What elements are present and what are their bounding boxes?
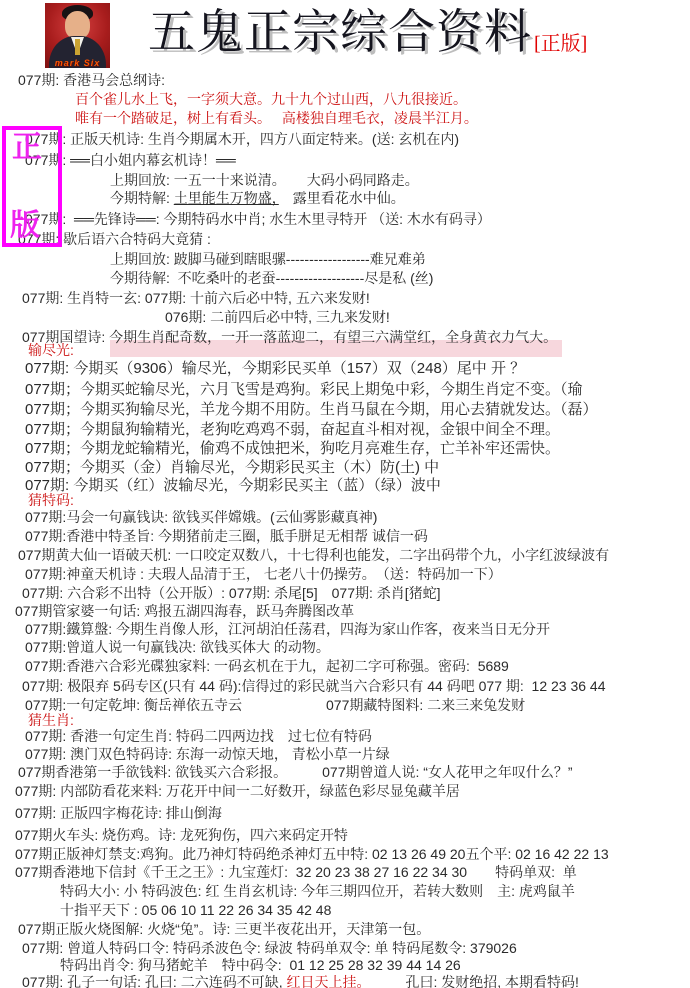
text-line: 上期回放: 一五一十来说清。 大码小码同路走。	[110, 172, 419, 189]
text-segment: 077期: 香港马会总纲诗:	[18, 72, 165, 88]
content-lines: 077期: 香港马会总纲诗:百个雀儿水上飞，一字须大意。九十九个过山西，八九很接…	[0, 0, 690, 988]
text-segment: 今期特解:	[110, 190, 174, 206]
text-segment: 077期火车头: 烧伤鸡。诗: 龙死狗伤，四六来码定开特	[15, 827, 348, 843]
text-segment: 077期:曾道人说一句赢钱决: 欲钱买体大 的动物。	[25, 639, 330, 655]
text-line: 输尽光:	[28, 342, 74, 359]
text-segment: 077期: 今期买（红）波输尽光，今期彩民买主（蓝）（绿）波中	[25, 477, 441, 494]
text-segment: 077期: 正版天机诗: 生肖今期属木开，四方八面定特来。(送: 玄机在内)	[25, 131, 459, 147]
text-line: 077期: ══先锋诗══: 今期特码水中肖; 水生木里寻特开 （送: 木水有码…	[25, 211, 491, 228]
page: { "header": { "title": "五鬼正宗综合资料", "titl…	[0, 0, 690, 988]
text-line: 唯有一个踏破足，树上有看头。 高楼独自理毛衣，凌晨半江月。	[75, 110, 478, 127]
text-line: 077期:香港六合彩光碟独家料: 一码玄机在于九，起初二字可称强。密码: 568…	[25, 658, 509, 675]
text-segment: 输尽光:	[28, 342, 74, 358]
text-line: 077期: 内部防看花来料: 万花开中间一二好数开，绿蓝色彩尽显兔藏羊居	[15, 783, 460, 800]
text-segment: 孔曰: 发财绝招, 本期看特码!	[363, 974, 578, 988]
text-line: 077期正版神灯禁支:鸡狗。此乃神灯特码绝杀神灯五中特: 02 13 26 49…	[15, 846, 609, 863]
text-line: 077期: 香港马会总纲诗:	[18, 72, 165, 89]
text-line: 077期: 香港一句定生肖: 特码二四两边找 过七位有特码	[25, 728, 372, 745]
text-line: 077期: 今期买（红）波输尽光，今期彩民买主（蓝）（绿）波中	[25, 477, 441, 495]
text-segment: 上期回放: 跛脚马碰到瞎眼骡------------------难兄难弟	[110, 251, 426, 267]
text-line: 077期；今期龙蛇输精光，偷鸡不成蚀把米，狗吃月亮难生存，亡羊补牢还需快。	[25, 440, 560, 458]
text-segment: 077期: 今期买（9306）输尽光，今期彩民买单（157）双（248）尾中 开…	[25, 360, 525, 377]
text-line: 077期正版火烧图解: 火烧“兔”。诗: 三更半夜花出开，天津第一包。	[18, 921, 430, 938]
text-segment: 特码大小: 小 特码波色: 红 生肖玄机诗: 今年三期四位开，若转大数则 主: …	[60, 883, 575, 899]
text-segment: 077期国望诗: 今期生肖配奇数，一开一落蓝迎二，有望三六满堂红，全身黄衣力气大…	[22, 329, 557, 345]
text-line: 077期: 今期买（9306）输尽光，今期彩民买单（157）双（248）尾中 开…	[25, 360, 525, 378]
text-line: 077期: 正版天机诗: 生肖今期属木开，四方八面定特来。(送: 玄机在内)	[25, 131, 459, 148]
text-segment: 076期: 二前四后必中特, 三九来发财!	[165, 309, 390, 325]
text-segment: 077期；今期买（金）肖输尽光，今期彩民买主（木）防(土) 中	[25, 459, 439, 476]
text-segment: 077期:香港六合彩光碟独家料: 一码玄机在于九，起初二字可称强。密码: 568…	[25, 658, 509, 674]
text-segment: 077期:一句定乾坤: 衡岳禅依五寺云 077期藏特图料: 二来三来兔发财	[25, 697, 525, 713]
text-line: 今期待解: 不吃桑叶的老蚕-------------------尽是私 (丝)	[110, 270, 433, 287]
text-segment: 077期；今期买蛇输尽光，六月飞雪是鸡狗。彩民上期兔中彩，今期生肖定不变。（瑜	[25, 381, 583, 398]
text-line: 076期: 二前四后必中特, 三九来发财!	[165, 309, 390, 326]
text-segment: 077期: 澳门双色特码诗: 东海一动惊天地， 青松小草一片绿	[25, 746, 390, 762]
text-line: 077期:神童天机诗 : 夫瑕人品清于王， 七老八十仍操劳。 （送：特码加一下）	[25, 566, 502, 583]
text-segment: 077期黄大仙一语破天机: 一口咬定双数八，十七得利也能发，二字出码带个九，小字…	[18, 547, 609, 563]
text-line: 077期: 生肖特一玄: 077期: 十前六后必中特, 五六来发财!	[22, 290, 370, 307]
text-segment: 077期: 极限弃 5码专区(只有 44 码):信得过的彩民就当六合彩只有 44…	[22, 678, 606, 694]
text-line: 077期:马会一句赢钱诀: 欲钱买伴嫦娥。(云仙雾影藏真神)	[25, 509, 377, 526]
text-line: 077期香港地下信封《千王之王》: 九宝莲灯: 32 20 23 38 27 1…	[15, 864, 577, 881]
text-segment: 077期香港第一手欲钱料: 欲钱买六合彩报。 077期曾道人说: “女人花甲之年…	[18, 764, 573, 780]
text-line: 077期香港第一手欲钱料: 欲钱买六合彩报。 077期曾道人说: “女人花甲之年…	[18, 764, 573, 781]
text-line: 077期:一句定乾坤: 衡岳禅依五寺云 077期藏特图料: 二来三来兔发财	[25, 697, 525, 714]
text-line: 077期黄大仙一语破天机: 一口咬定双数八，十七得利也能发，二字出码带个九，小字…	[18, 547, 609, 564]
text-line: 猜生肖:	[28, 712, 74, 729]
text-line: 077期: 极限弃 5码专区(只有 44 码):信得过的彩民就当六合彩只有 44…	[22, 678, 606, 695]
text-segment: 特码出肖令: 狗马猪蛇羊 特中码令: 01 12 25 28 32 39 44 …	[60, 957, 461, 973]
text-line: 特码大小: 小 特码波色: 红 生肖玄机诗: 今年三期四位开，若转大数则 主: …	[60, 883, 575, 900]
text-segment: 十指平天下 : 05 06 10 11 22 26 34 35 42 48	[60, 902, 331, 918]
text-line: 077期: 歇后语六合特码大竟猜 :	[18, 231, 211, 248]
text-segment: 077期:鐵算盤: 今期生肖像人形，江河胡泊任荡君，四海为家山作客，夜来当日无分…	[25, 621, 550, 637]
text-segment: 077期: 六合彩不出特（公开版）: 077期: 杀尾[5] 077期: 杀肖[…	[22, 585, 441, 601]
text-line: 077期；今期买（金）肖输尽光，今期彩民买主（木）防(土) 中	[25, 459, 439, 477]
text-line: 077期管家婆一句话: 鸡报五湖四海春，跃马奔腾图改革	[15, 603, 354, 620]
text-segment: 077期: 歇后语六合特码大竟猜 :	[18, 231, 211, 247]
text-line: 077期: 曾道人特码口令: 特码杀波色令: 绿波 特码单双令: 单 特码尾数令…	[22, 940, 517, 957]
text-line: 猜特码:	[28, 492, 74, 509]
text-segment: 077期: 内部防看花来料: 万花开中间一二好数开，绿蓝色彩尽显兔藏羊居	[15, 783, 460, 799]
text-segment: 猜特码:	[28, 492, 74, 508]
text-line: 上期回放: 跛脚马碰到瞎眼骡------------------难兄难弟	[110, 251, 426, 268]
text-segment: 077期管家婆一句话: 鸡报五湖四海春，跃马奔腾图改革	[15, 603, 354, 619]
text-segment: 百个雀儿水上飞，一字须大意。九十九个过山西，八九很接近。	[75, 91, 467, 107]
text-segment: 077期香港地下信封《千王之王》: 九宝莲灯: 32 20 23 38 27 1…	[15, 864, 577, 880]
text-line: 今期特解: 土里能生万物盛， 露里看花水中仙。	[110, 190, 405, 207]
text-line: 077期国望诗: 今期生肖配奇数，一开一落蓝迎二，有望三六满堂红，全身黄衣力气大…	[22, 329, 557, 346]
text-line: 特码出肖令: 狗马猪蛇羊 特中码令: 01 12 25 28 32 39 44 …	[60, 957, 461, 974]
text-segment: 077期: 孔子一句话: 孔曰: 二六连码不可缺,	[22, 974, 286, 988]
text-segment: 077期: 香港一句定生肖: 特码二四两边找 过七位有特码	[25, 728, 372, 744]
text-line: 077期: 澳门双色特码诗: 东海一动惊天地， 青松小草一片绿	[25, 746, 390, 763]
text-line: 077期: 孔子一句话: 孔曰: 二六连码不可缺, 红日天上挂。 孔曰: 发财绝…	[22, 974, 579, 988]
text-segment: 077期；今期龙蛇输精光，偷鸡不成蚀把米，狗吃月亮难生存，亡羊补牢还需快。	[25, 440, 560, 457]
text-segment: 露里看花水中仙。	[279, 190, 405, 206]
text-segment: 上期回放: 一五一十来说清。 大码小码同路走。	[110, 172, 419, 188]
text-segment: 077期: ══先锋诗══: 今期特码水中肖; 水生木里寻特开 （送: 木水有码…	[25, 211, 491, 227]
text-segment: 077期:香港中特圣旨: 今期猪前走三圈，胝手胼足无相帮 诚信一码	[25, 528, 428, 544]
text-line: 077期: 六合彩不出特（公开版）: 077期: 杀尾[5] 077期: 杀肖[…	[22, 585, 441, 602]
text-line: 077期；今期买狗输尽光，羊龙今期不用防。生肖马鼠在今期，用心去猜就发达。（磊）	[25, 401, 598, 419]
text-segment: 077期:马会一句赢钱诀: 欲钱买伴嫦娥。(云仙雾影藏真神)	[25, 509, 377, 525]
text-line: 077期: ══白小姐内幕玄机诗！══	[25, 152, 236, 169]
text-segment: 077期正版神灯禁支:鸡狗。此乃神灯特码绝杀神灯五中特: 02 13 26 49…	[15, 846, 609, 862]
text-segment: 077期；今期鼠狗输精光，老狗吃鸡鸡不弱，奋起直斗相对视，金银中间全不理。	[25, 421, 560, 438]
text-line: 077期:曾道人说一句赢钱决: 欲钱买体大 的动物。	[25, 639, 330, 656]
text-line: 077期:鐵算盤: 今期生肖像人形，江河胡泊任荡君，四海为家山作客，夜来当日无分…	[25, 621, 550, 638]
text-line: 077期；今期鼠狗输精光，老狗吃鸡鸡不弱，奋起直斗相对视，金银中间全不理。	[25, 421, 560, 439]
text-segment: 猜生肖:	[28, 712, 74, 728]
text-line: 百个雀儿水上飞，一字须大意。九十九个过山西，八九很接近。	[75, 91, 467, 108]
text-line: 077期火车头: 烧伤鸡。诗: 龙死狗伤，四六来码定开特	[15, 827, 348, 844]
text-segment: 今期待解: 不吃桑叶的老蚕-------------------尽是私 (丝)	[110, 270, 433, 286]
text-segment: 红日天上挂。	[286, 974, 363, 988]
text-segment: 077期: 生肖特一玄: 077期: 十前六后必中特, 五六来发财!	[22, 290, 370, 306]
text-segment: 077期；今期买狗输尽光，羊龙今期不用防。生肖马鼠在今期，用心去猜就发达。（磊）	[25, 401, 598, 418]
text-segment: 唯有一个踏破足，树上有看头。 高楼独自理毛衣，凌晨半江月。	[75, 110, 478, 126]
text-line: 077期:香港中特圣旨: 今期猪前走三圈，胝手胼足无相帮 诚信一码	[25, 528, 428, 545]
text-segment: 077期:神童天机诗 : 夫瑕人品清于王， 七老八十仍操劳。 （送：特码加一下）	[25, 566, 502, 582]
text-segment: 077期: ══白小姐内幕玄机诗！══	[25, 152, 236, 168]
text-line: 077期: 正版四字梅花诗: 排山倒海	[15, 805, 222, 822]
text-segment: 077期: 曾道人特码口令: 特码杀波色令: 绿波 特码单双令: 单 特码尾数令…	[22, 940, 517, 956]
text-line: 十指平天下 : 05 06 10 11 22 26 34 35 42 48	[60, 902, 331, 919]
text-line: 077期；今期买蛇输尽光，六月飞雪是鸡狗。彩民上期兔中彩，今期生肖定不变。（瑜	[25, 381, 583, 399]
text-segment: 077期: 正版四字梅花诗: 排山倒海	[15, 805, 222, 821]
text-segment: 土里能生万物盛，	[174, 190, 279, 206]
text-segment: 077期正版火烧图解: 火烧“兔”。诗: 三更半夜花出开，天津第一包。	[18, 921, 430, 937]
